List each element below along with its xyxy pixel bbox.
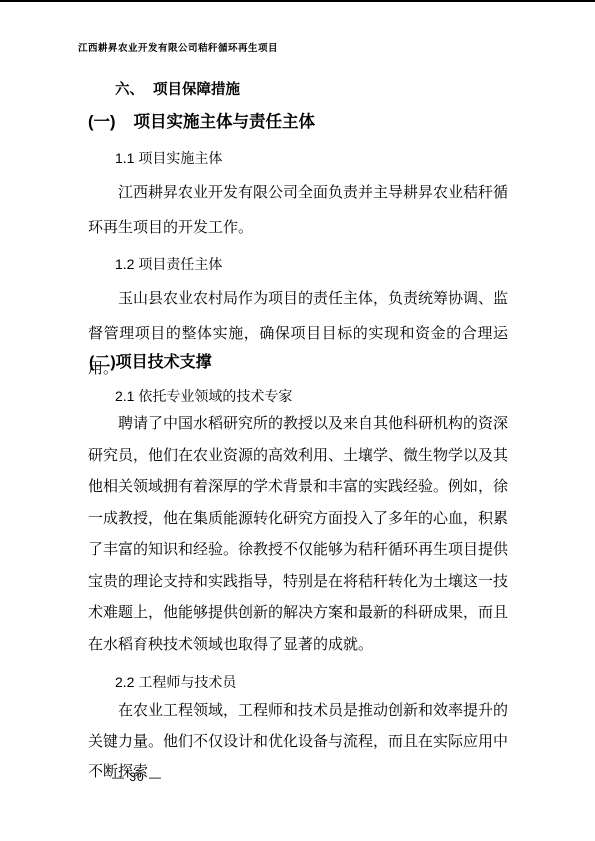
chapter-number: 六、: [115, 78, 144, 99]
page-top-rule: [0, 0, 595, 2]
paragraph-experts-body: 聘请了中国水稻研究所的教授以及来自其他科研机构的资深研究员，他们在农业资源的高效…: [88, 408, 508, 660]
subsection-1-1-heading: 1.1 项目实施主体: [115, 148, 222, 168]
chapter-heading: 六、 项目保障措施: [115, 78, 240, 99]
subsection-2-1-heading: 2.1 依托专业领域的技术专家: [115, 386, 292, 406]
section-1-title: 项目实施主体与责任主体: [134, 108, 316, 132]
section-2-heading: (二)项目技术支撑: [89, 349, 212, 372]
chapter-title: 项目保障措施: [153, 78, 240, 99]
subsection-2-2-heading: 2.2 工程师与技术员: [115, 672, 236, 692]
document-page: 江西耕昇农业开发有限公司秸秆循环再生项目 六、 项目保障措施 (一) 项目实施主…: [0, 0, 595, 841]
page-number: — 30 —: [112, 770, 162, 784]
paragraph-implementation-body: 江西耕昇农业开发有限公司全面负责并主导耕昇农业秸秆循环再生项目的开发工作。: [88, 175, 508, 245]
subsection-1-2-heading: 1.2 项目责任主体: [115, 254, 222, 274]
section-1-heading: (一) 项目实施主体与责任主体: [88, 108, 315, 132]
page-header: 江西耕昇农业开发有限公司秸秆循环再生项目: [78, 40, 278, 54]
section-1-number: (一): [88, 108, 116, 132]
